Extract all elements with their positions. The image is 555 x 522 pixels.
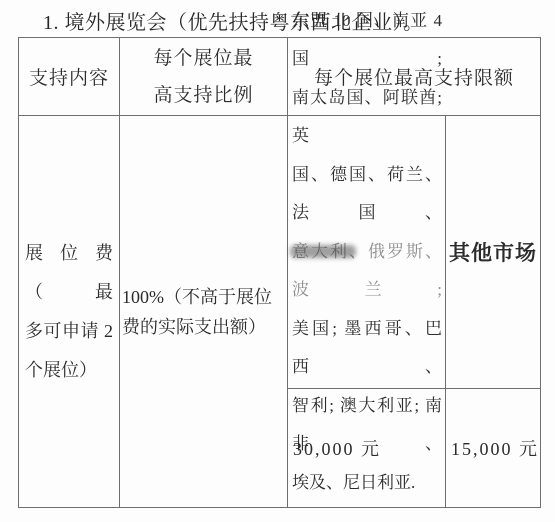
cell-key-markets: 东盟 10 国、南亚 4 国; 南太岛国、阿联酋; 英 国、德国、荷兰、法国、 … <box>288 116 446 389</box>
cell-support-content: 展位费（最 多可申请 2 个展位） <box>19 116 120 507</box>
market-line: 国、德国、荷兰、法国、 <box>292 156 442 233</box>
market-line: 南太岛国、阿联酋; 英 <box>292 79 442 156</box>
support-content-line: 多可申请 2 <box>25 312 113 351</box>
support-ratio-line: 100%（不高于展位 <box>122 282 286 312</box>
market-line-faded: 意大利、俄罗斯、波兰; <box>292 233 442 310</box>
market-line: 东盟 10 国、南亚 4 国; <box>292 2 442 79</box>
other-market-limit-value: 15,000 元 <box>451 435 540 461</box>
key-markets-limit-value: 30,000 元 <box>293 435 445 461</box>
support-content-line: 个展位） <box>25 351 113 390</box>
header-support-content-label: 支持内容 <box>29 63 109 90</box>
support-content-line: 展位费（最 <box>25 234 113 312</box>
document-page: 1. 境外展览会（优先扶持粤东西北企业）。 支持内容 每个展位最 高支持比例 每… <box>0 0 555 522</box>
cell-other-market-limit: 15,000 元 <box>446 389 540 507</box>
header-support-content: 支持内容 <box>19 38 120 116</box>
other-market-label: 其他市场 <box>449 237 540 267</box>
cell-key-markets-limit: 30,000 元 <box>288 389 446 507</box>
cell-other-market: 其他市场 <box>446 116 540 389</box>
header-max-ratio: 每个展位最 高支持比例 <box>120 38 288 116</box>
header-max-ratio-line: 每个展位最 <box>153 40 253 77</box>
cell-support-ratio: 100%（不高于展位 费的实际支出额） <box>120 116 288 507</box>
market-line-faded-text: 意大利、俄罗斯、波兰; <box>292 242 442 300</box>
support-ratio-line: 费的实际支出额） <box>122 312 286 342</box>
header-max-ratio-line: 高支持比例 <box>153 77 253 114</box>
support-table: 支持内容 每个展位最 高支持比例 每个展位最高支持限额 展位费（最 多可申请 2… <box>18 37 541 508</box>
market-line: 美国; 墨西哥、巴西、 <box>292 310 442 387</box>
